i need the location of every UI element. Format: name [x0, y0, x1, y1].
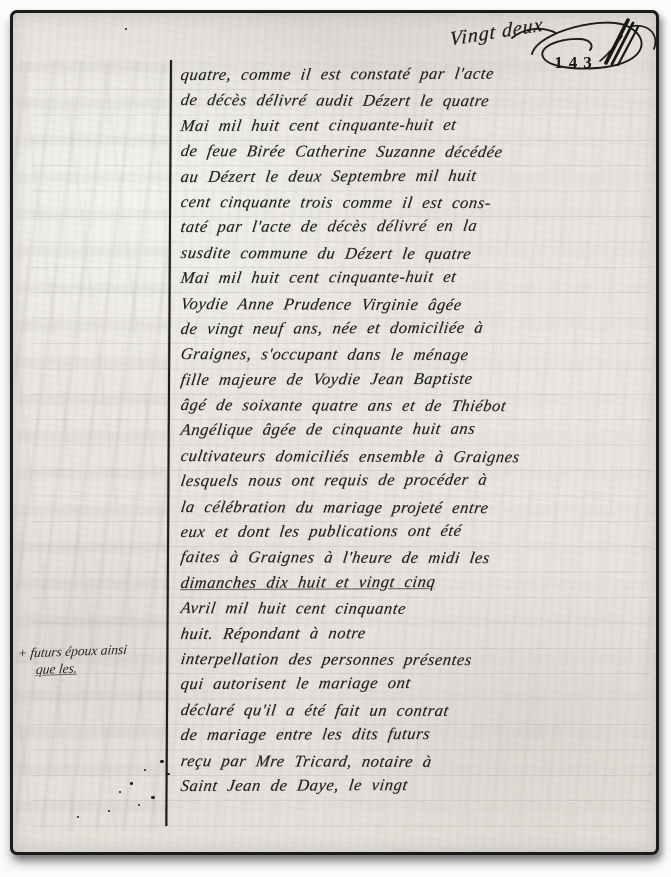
ink-speck [151, 796, 155, 799]
manuscript-line: quatre, comme il est constaté par l'acte [179, 60, 659, 87]
manuscript-line: dimanches dix huit et vingt cinq [179, 568, 659, 595]
ink-speck [160, 760, 164, 763]
margin-annotation: + futurs époux ainsi que les. [15, 639, 170, 678]
manuscript-line: huit. Répondant à notre [179, 619, 659, 646]
ink-speck [108, 810, 110, 812]
ink-bleedthrough-left [15, 61, 167, 831]
manuscript-body: quatre, comme il est constaté par l'acte… [179, 62, 656, 798]
manuscript-line: Avril mil huit cent cinquante [179, 595, 659, 622]
ink-speck [144, 769, 146, 771]
scanned-register-page: Vingt deux 143 quatre, comme il est cons… [0, 0, 671, 877]
manuscript-line: Mai mil huit cent cinquante-huit et [179, 263, 659, 290]
manuscript-paper: Vingt deux 143 quatre, comme il est cons… [10, 10, 659, 855]
manuscript-line: de vingt neuf ans, née et domiciliée à [179, 314, 659, 341]
manuscript-line: de mariage entre les dits futurs [179, 720, 659, 747]
ink-speck [138, 804, 140, 806]
manuscript-line: lesquels nous ont requis de procéder à [179, 466, 659, 493]
manuscript-line: fille majeure de Voydie Jean Baptiste [179, 365, 659, 392]
ink-speck [167, 773, 170, 775]
ink-speck [77, 816, 79, 818]
manuscript-line: de feue Birée Catherine Suzanne décédée [179, 138, 659, 165]
manuscript-line: Saint Jean de Daye, le vingt [179, 771, 659, 798]
ink-speck [125, 28, 127, 30]
manuscript-line: eux et dont les publications ont été [179, 517, 659, 544]
manuscript-line: Angélique âgée de cinquante huit ans [179, 415, 659, 442]
margin-rule-line [165, 60, 172, 826]
manuscript-line: au Dézert le deux Septembre mil huit [179, 161, 659, 188]
manuscript-line: taté par l'acte de décès délivré en la [179, 212, 659, 239]
ink-speck [130, 782, 133, 785]
manuscript-line: Mai mil huit cent cinquante-huit et [179, 111, 659, 138]
ink-speck [119, 791, 121, 793]
manuscript-line: qui autorisent le mariage ont [179, 669, 659, 696]
